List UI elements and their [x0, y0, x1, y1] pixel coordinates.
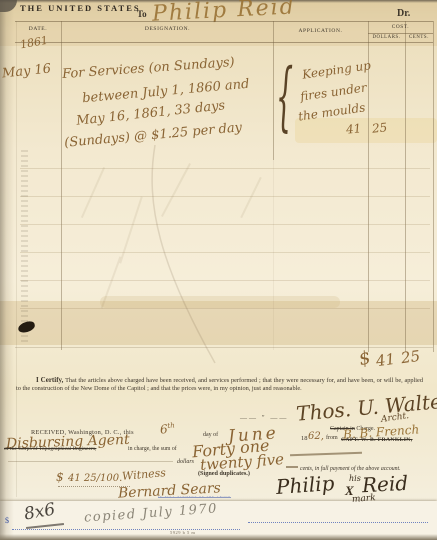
cents-dash	[286, 466, 298, 468]
blue-bleed-text: in full payment of the above	[158, 495, 231, 500]
ditto-marks: —— ″ ——	[240, 414, 288, 422]
signed-duplicates-label: (Signed duplicates.)	[198, 470, 250, 477]
form-number: 5929 b 5 m	[170, 530, 195, 535]
in-charge-sum-label: in charge, the sum of	[128, 446, 177, 452]
bleed-stroke	[81, 167, 105, 218]
day-suffix: th	[167, 421, 175, 430]
cost-column-header: COST.	[368, 24, 433, 30]
application-line-1: Keeping up	[301, 58, 371, 81]
blue-mark: $	[5, 516, 9, 525]
dollars-column-header: DOLLARS.	[368, 35, 405, 40]
designation-col-rule-faint	[273, 160, 274, 350]
application-brace: {	[276, 62, 293, 137]
designation-col-rule	[273, 21, 274, 160]
payee-mark-label: mark	[352, 493, 376, 505]
blue-dotted-rule-left	[12, 529, 240, 530]
walter-signature-script: Thos. U. Walter	[295, 388, 437, 425]
cents-col-rule	[405, 21, 406, 352]
entry-cents: 25	[371, 120, 388, 136]
total-cents: 25	[400, 347, 421, 367]
voucher-document: THE UNITED STATES To Philip Reid Dr. DAT…	[0, 0, 437, 540]
margin-bleed-strip	[21, 150, 28, 345]
from-label: from	[326, 435, 338, 441]
cents-column-header: CENTS.	[405, 35, 433, 40]
total-currency: $	[357, 347, 373, 370]
certification-text: I Certify, That the articles above charg…	[16, 377, 423, 393]
edge-bottom	[0, 534, 437, 540]
payee-first-script: Philip	[275, 471, 335, 499]
footer-currency: $	[56, 470, 64, 484]
to-label: To	[137, 9, 147, 19]
certify-lead: I Certify,	[36, 376, 63, 384]
dr-label: Dr.	[397, 8, 410, 19]
entry-dollars: 41	[345, 121, 362, 137]
designation-line-2: between July 1, 1860 and	[82, 77, 250, 107]
payee-his-label: his	[349, 474, 361, 483]
year-script: 62,	[308, 431, 324, 442]
table-header-rule	[15, 42, 433, 43]
struck-franklin: CAPT. W. B. FRANKLIN,	[341, 437, 413, 443]
blue-dotted-rule-right	[248, 522, 428, 523]
year-prefix: 18	[301, 435, 308, 442]
total-dollars: 41	[375, 350, 396, 370]
table-right-border	[433, 21, 434, 352]
crease-line	[130, 145, 250, 365]
cost-subrule	[368, 33, 433, 34]
struck-corps-line: of the Corps of Topographical Engineers,	[4, 446, 96, 452]
table-top-rule	[15, 21, 433, 22]
application-line-2: fires under	[299, 80, 367, 103]
witness-label-script: Witness	[122, 466, 167, 483]
date-column-header: DATE.	[15, 26, 61, 32]
table-left-border	[16, 21, 17, 497]
received-day-script: 6th	[159, 421, 175, 436]
certify-body: That the articles above charged have bee…	[16, 377, 423, 392]
application-column-header: APPLICATION.	[273, 28, 368, 34]
designation-column-header: DESIGNATION.	[62, 26, 273, 32]
footer-amount-script: 41 25/100.	[68, 473, 122, 484]
sum-rule	[8, 461, 173, 462]
sum-dash	[290, 452, 362, 456]
designation-line-1: For Services (on Sundays)	[62, 55, 235, 82]
day-of-label: day of	[203, 432, 218, 438]
document-title: THE UNITED STATES	[20, 3, 141, 13]
dollars-label: dollars	[177, 459, 194, 465]
aged-band-entry	[295, 118, 437, 143]
